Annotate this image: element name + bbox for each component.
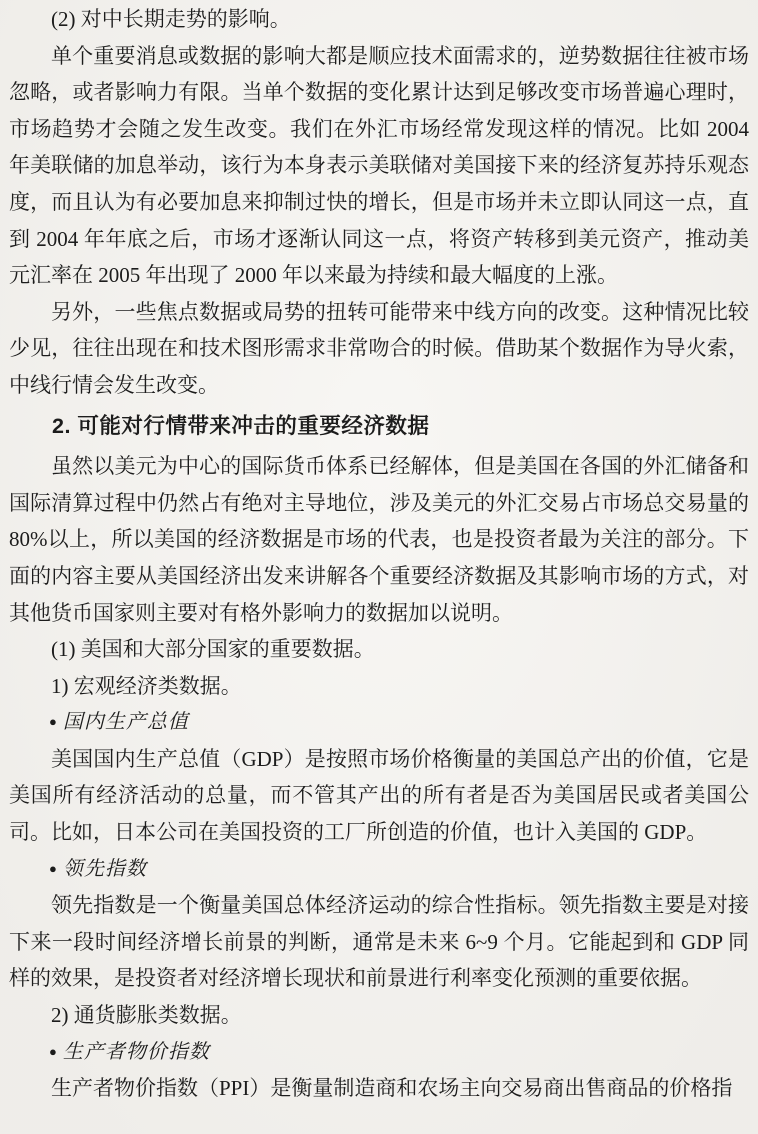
sub-item-label: 1) 宏观经济类数据。 (9, 668, 749, 705)
sub-item-label: 2) 通货膨胀类数据。 (9, 997, 749, 1034)
bullet-label: 国内生产总值 (63, 711, 189, 733)
sub-item-label: (2) 对中长期走势的影响。 (9, 1, 749, 38)
bullet-item: ●国内生产总值 (9, 704, 749, 741)
bullet-item: ●生产者物价指数 (9, 1034, 749, 1071)
body-paragraph: 生产者物价指数（PPI）是衡量制造商和农场主向交易商出售商品的价格指 (9, 1070, 749, 1107)
section-heading: 2. 可能对行情带来冲击的重要经济数据 (9, 408, 749, 445)
body-paragraph: 单个重要消息或数据的影响大都是顺应技术面需求的，逆势数据往往被市场忽略，或者影响… (9, 38, 749, 294)
body-paragraph: 美国国内生产总值（GDP）是按照市场价格衡量的美国总产出的价值，它是美国所有经济… (9, 741, 749, 851)
bullet-item: ●领先指数 (9, 851, 749, 888)
body-paragraph: 另外，一些焦点数据或局势的扭转可能带来中线方向的改变。这种情况比较少见，往往出现… (9, 294, 749, 404)
sub-item-label: (1) 美国和大部分国家的重要数据。 (9, 631, 749, 668)
body-paragraph: 领先指数是一个衡量美国总体经济运动的综合性指标。领先指数主要是对接下来一段时间经… (9, 887, 749, 997)
bullet-label: 生产者物价指数 (63, 1041, 210, 1063)
book-page: (2) 对中长期走势的影响。 单个重要消息或数据的影响大都是顺应技术面需求的，逆… (0, 0, 758, 1134)
bullet-icon: ● (49, 861, 57, 876)
bullet-icon: ● (49, 714, 57, 729)
bullet-label: 领先指数 (63, 858, 147, 880)
body-paragraph: 虽然以美元为中心的国际货币体系已经解体，但是美国在各国的外汇储备和国际清算过程中… (9, 448, 749, 631)
bullet-icon: ● (49, 1044, 57, 1059)
